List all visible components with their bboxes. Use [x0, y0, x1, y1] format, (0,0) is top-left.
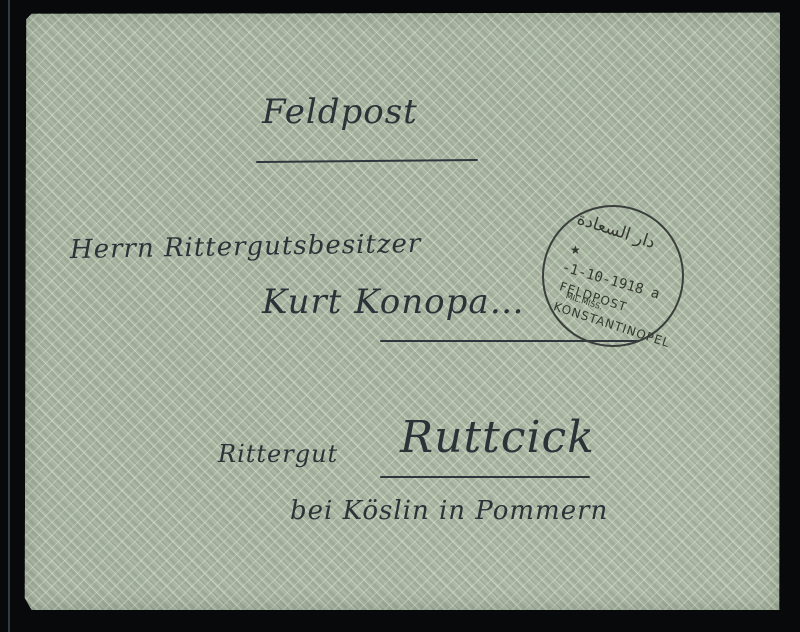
location-line: bei Köslin in Pommern	[290, 496, 608, 526]
star-icon: ★	[570, 243, 581, 257]
postmark: دار السعادة ★ -1-10-1918 a FELDPOST MIL.…	[542, 205, 684, 347]
estate-name: Ruttcick	[400, 412, 595, 463]
estate-underline	[380, 476, 590, 478]
feldpost-heading: Feldpost	[262, 92, 418, 132]
estate-prefix: Rittergut	[218, 440, 338, 468]
recipient-name: Kurt Konopa…	[262, 282, 525, 322]
salutation-line: Herrn Rittergutsbesitzer	[70, 229, 422, 265]
mount-edge-line	[8, 0, 10, 632]
